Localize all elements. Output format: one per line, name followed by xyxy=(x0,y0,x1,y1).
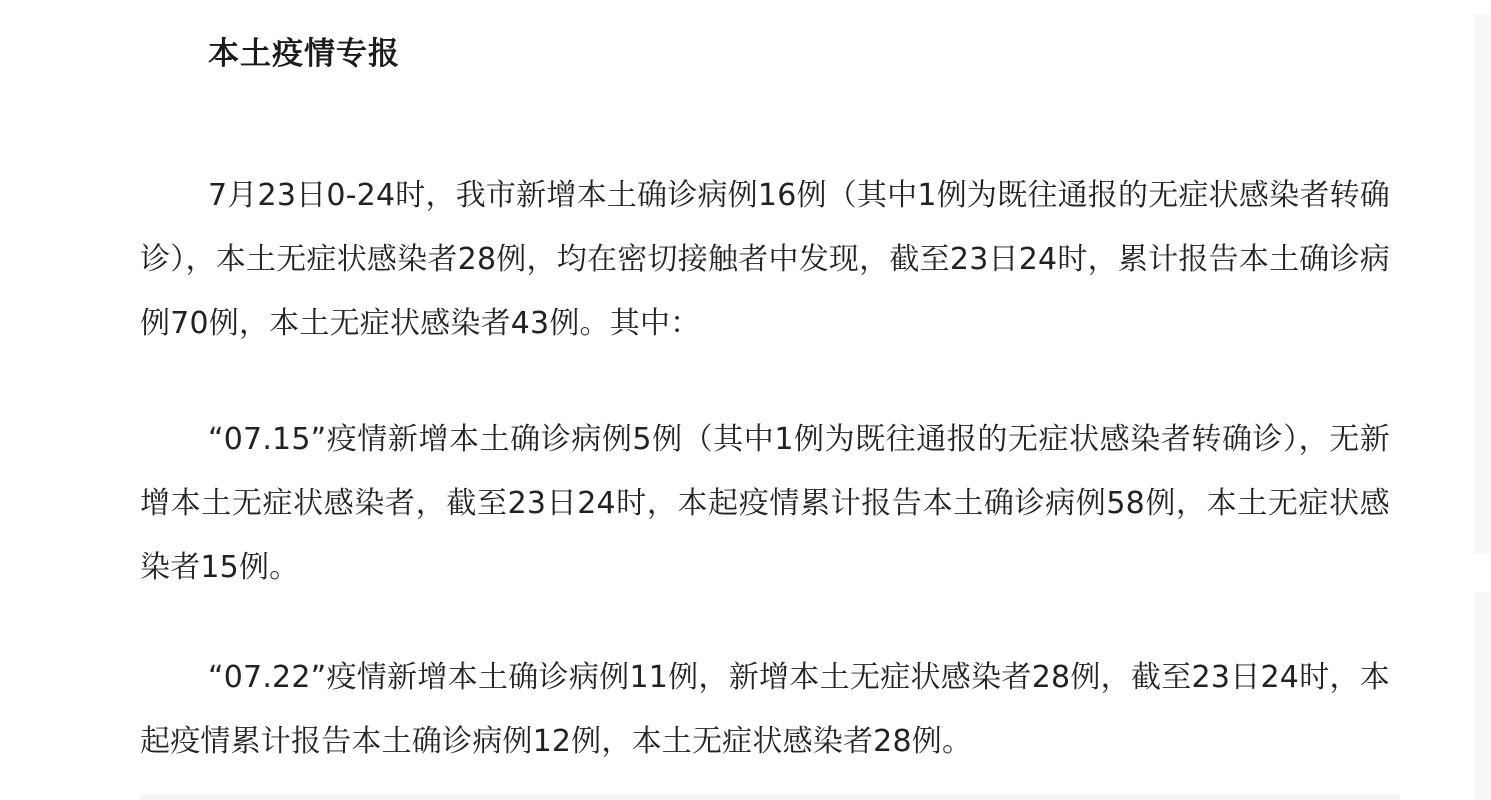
article-title: 本土疫情专报 xyxy=(208,28,400,73)
right-panel-edge-lower xyxy=(1474,592,1491,800)
right-panel-edge xyxy=(1474,14,1491,554)
paragraph-city-summary: 7月23日0-24时，我市新增本土确诊病例16例（其中1例为既往通报的无症状感染… xyxy=(140,164,1390,356)
paragraph-outbreak-0722: “07.22”疫情新增本土确诊病例11例，新增本土无症状感染者28例，截至23日… xyxy=(140,646,1390,774)
paragraph-outbreak-0715: “07.15”疫情新增本土确诊病例5例（其中1例为既往通报的无症状感染者转确诊）… xyxy=(140,408,1390,600)
bottom-divider xyxy=(140,794,1400,800)
